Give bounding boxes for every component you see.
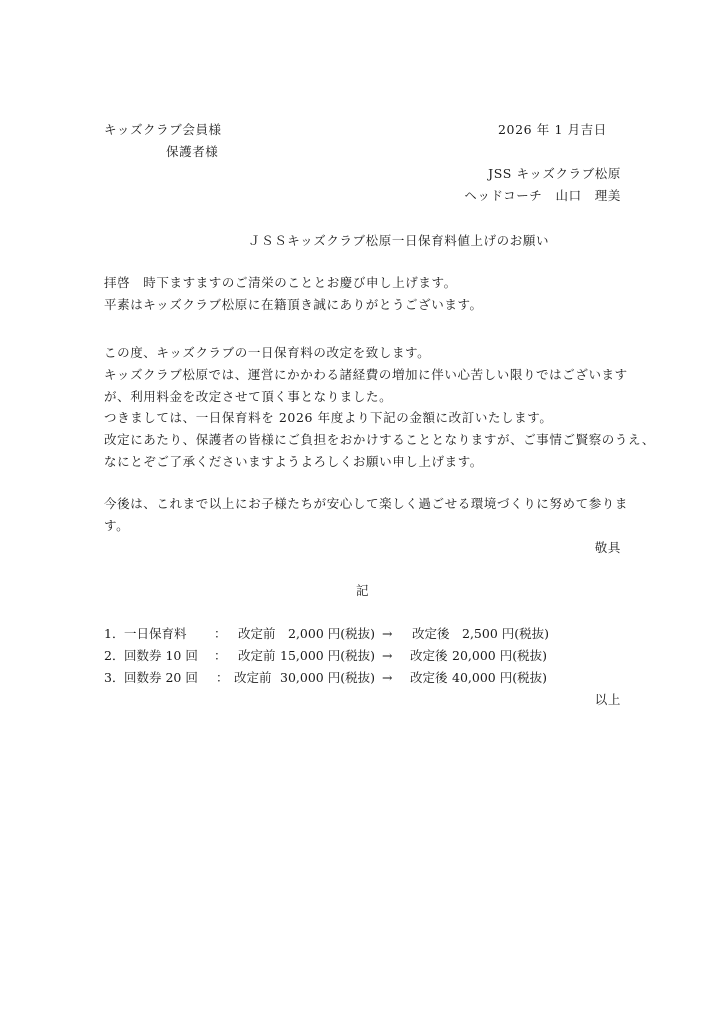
before-label: 改定前 (234, 672, 272, 685)
body-line-1: この度、キッズクラブの一日保育料の改定を致します。 (104, 347, 430, 360)
item-colon: ： (216, 672, 229, 685)
end-mark-ijou: 以上 (595, 694, 621, 707)
sender-person: ヘッドコーチ 山口 理美 (464, 190, 621, 203)
after-price: 2,500 円(税抜) (462, 628, 549, 641)
body-line-2: キッズクラブ松原では、運営にかかわる諸経費の増加に伴い心苦しい限りではございます (104, 369, 628, 382)
ki-heading: 記 (356, 585, 369, 598)
body-p2-line-1: 今後は、これまで以上にお子様たちが安心して楽しく過ごせる環境づくりに努めて参りま (104, 498, 628, 511)
arrow-icon: → (382, 628, 392, 641)
letter-date: 2026 年 1 月吉日 (498, 124, 607, 137)
after-label: 改定後 (410, 672, 448, 685)
arrow-icon: → (382, 672, 392, 685)
item-colon: ： (214, 650, 227, 663)
recipient-line-2: 保護者様 (166, 146, 218, 159)
letter-title: ＪＳＳキッズクラブ松原一日保育料値上げのお願い (248, 235, 549, 248)
greeting-line-1: 拝啓 時下ますますのご清栄のこととお慶び申し上げます。 (104, 277, 457, 290)
sender-organization: JSS キッズクラブ松原 (488, 168, 621, 181)
body-line-3: が、利用料金を改定させて頂く事となりました。 (104, 391, 392, 404)
body-line-4: つきましては、一日保育料を 2026 年度より下記の金額に改訂いたします。 (104, 412, 552, 425)
item-name: 一日保育料 (124, 628, 187, 641)
before-price: 2,000 円(税抜) (288, 628, 375, 641)
after-label: 改定後 (410, 650, 448, 663)
body-line-6: なにとぞご了承くださいますようよろしくお願い申し上げます。 (104, 456, 483, 469)
closing-keigu: 敬具 (595, 542, 621, 555)
after-price: 40,000 円(税抜) (452, 672, 547, 685)
recipient-line-1: キッズクラブ会員様 (104, 124, 222, 137)
before-price: 15,000 円(税抜) (280, 650, 375, 663)
after-price: 20,000 円(税抜) (452, 650, 547, 663)
item-number: 2． (104, 650, 124, 663)
before-label: 改定前 (238, 628, 276, 641)
body-line-5: 改定にあたり、保護者の皆様にご負担をおかけすることとなりますが、ご事情ご賢察のう… (104, 434, 655, 447)
item-colon: ： (214, 628, 227, 641)
item-number: 3． (104, 672, 124, 685)
item-name: 回数券 20 回 (124, 672, 198, 685)
after-label: 改定後 (412, 628, 450, 641)
greeting-line-2: 平素はキッズクラブ松原に在籍頂き誠にありがとうございます。 (104, 299, 483, 312)
item-name: 回数券 10 回 (124, 650, 198, 663)
body-p2-line-2: す。 (104, 520, 129, 533)
before-price: 30,000 円(税抜) (280, 672, 375, 685)
letter-page: キッズクラブ会員様 保護者様 2026 年 1 月吉日 JSS キッズクラブ松原… (0, 0, 724, 1024)
arrow-icon: → (382, 650, 392, 663)
before-label: 改定前 (238, 650, 276, 663)
item-number: 1． (104, 628, 124, 641)
